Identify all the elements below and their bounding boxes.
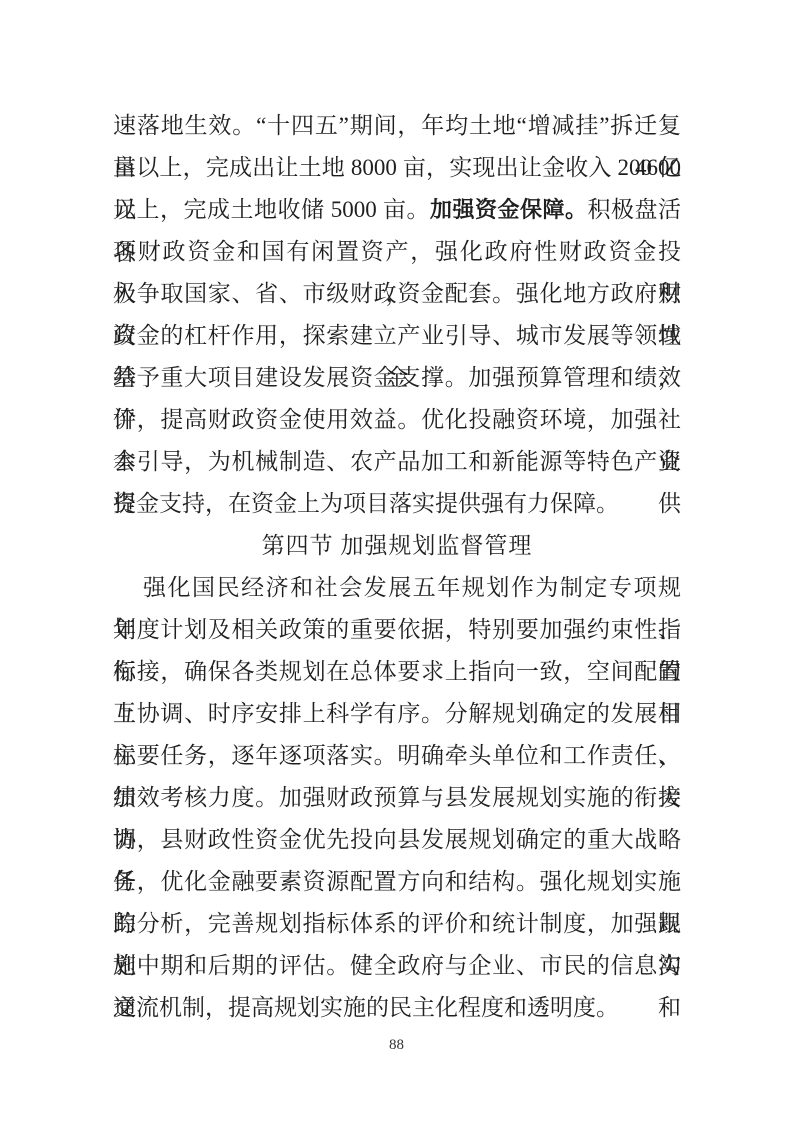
text-line: 亩以上，完成出让土地 8000 亩，实现出让金收入 200 亿元: [113, 147, 681, 189]
text-line: 踪分析，完善规划指标体系的评价和统计制度，加强规划实: [113, 903, 681, 945]
text-line: 强化国民经济和社会发展五年规划作为制定专项规划、: [113, 567, 681, 609]
section-heading: 第四节 加强规划监督管理: [113, 525, 681, 567]
text-line: 给予重大项目建设发展资金支撑。加强预算管理和绩效评: [113, 357, 681, 399]
text-line: 资金支持，在资金上为项目落实提供强有力保障。: [113, 483, 681, 525]
page-number: 88: [389, 1037, 404, 1053]
text-line: 绩效考核力度。加强财政预算与县发展规划实施的衔接协: [113, 777, 681, 819]
text-line: 本引导，为机械制造、农产品加工和新能源等特色产业提供: [113, 441, 681, 483]
text-line: 调，县财政性资金优先投向县发展规划确定的重大战略任: [113, 819, 681, 861]
document-page: 速落地生效。“十四五”期间，年均土地“增减挂”拆迁复垦4600亩以上，完成出让土…: [0, 0, 793, 1122]
text-line: 以上，完成土地收储 5000 亩。加强资金保障。积极盘活各: [113, 189, 681, 231]
text-line: 价，提高财政资金使用效益。优化投融资环境，加强社会资: [113, 399, 681, 441]
text-line: 衔接，确保各类规划在总体要求上指向一致，空间配置上相: [113, 651, 681, 693]
text-line: 交流机制，提高规划实施的民主化程度和透明度。: [113, 987, 681, 1029]
bold-text-segment: 加强资金保障。: [430, 198, 588, 223]
text-line: 极争取国家、省、市级财政资金配套。强化地方政府财政性: [113, 273, 681, 315]
page-footer: 88: [0, 1036, 793, 1054]
document-body: 速落地生效。“十四五”期间，年均土地“增减挂”拆迁复垦4600亩以上，完成出让土…: [113, 105, 681, 1029]
text-line: 速落地生效。“十四五”期间，年均土地“增减挂”拆迁复垦4600: [113, 105, 681, 147]
text-line: 互协调、时序安排上科学有序。分解规划确定的发展目标、: [113, 693, 681, 735]
paragraph-main: 强化国民经济和社会发展五年规划作为制定专项规划、年度计划及相关政策的重要依据，特…: [113, 567, 681, 1029]
text-line: 项财政资金和国有闲置资产，强化政府性财政资金投入，积: [113, 231, 681, 273]
text-line: 资金的杠杆作用，探索建立产业引导、城市发展等领域基金，: [113, 315, 681, 357]
text-segment: 资金支持，在资金上为项目落实提供强有力保障。: [113, 491, 619, 516]
text-line: 主要任务，逐年逐项落实。明确牵头单位和工作责任，加大: [113, 735, 681, 777]
text-line: 年度计划及相关政策的重要依据，特别要加强约束性指标的: [113, 609, 681, 651]
text-segment: 交流机制，提高规划实施的民主化程度和透明度。: [113, 995, 619, 1020]
text-segment: 以上，完成土地收储 5000 亩。: [113, 197, 430, 222]
text-line: 务，优化金融要素资源配置方向和结构。强化规划实施的跟: [113, 861, 681, 903]
text-line: 施中期和后期的评估。健全政府与企业、市民的信息沟通和: [113, 945, 681, 987]
paragraph-continuation: 速落地生效。“十四五”期间，年均土地“增减挂”拆迁复垦4600亩以上，完成出让土…: [113, 105, 681, 525]
